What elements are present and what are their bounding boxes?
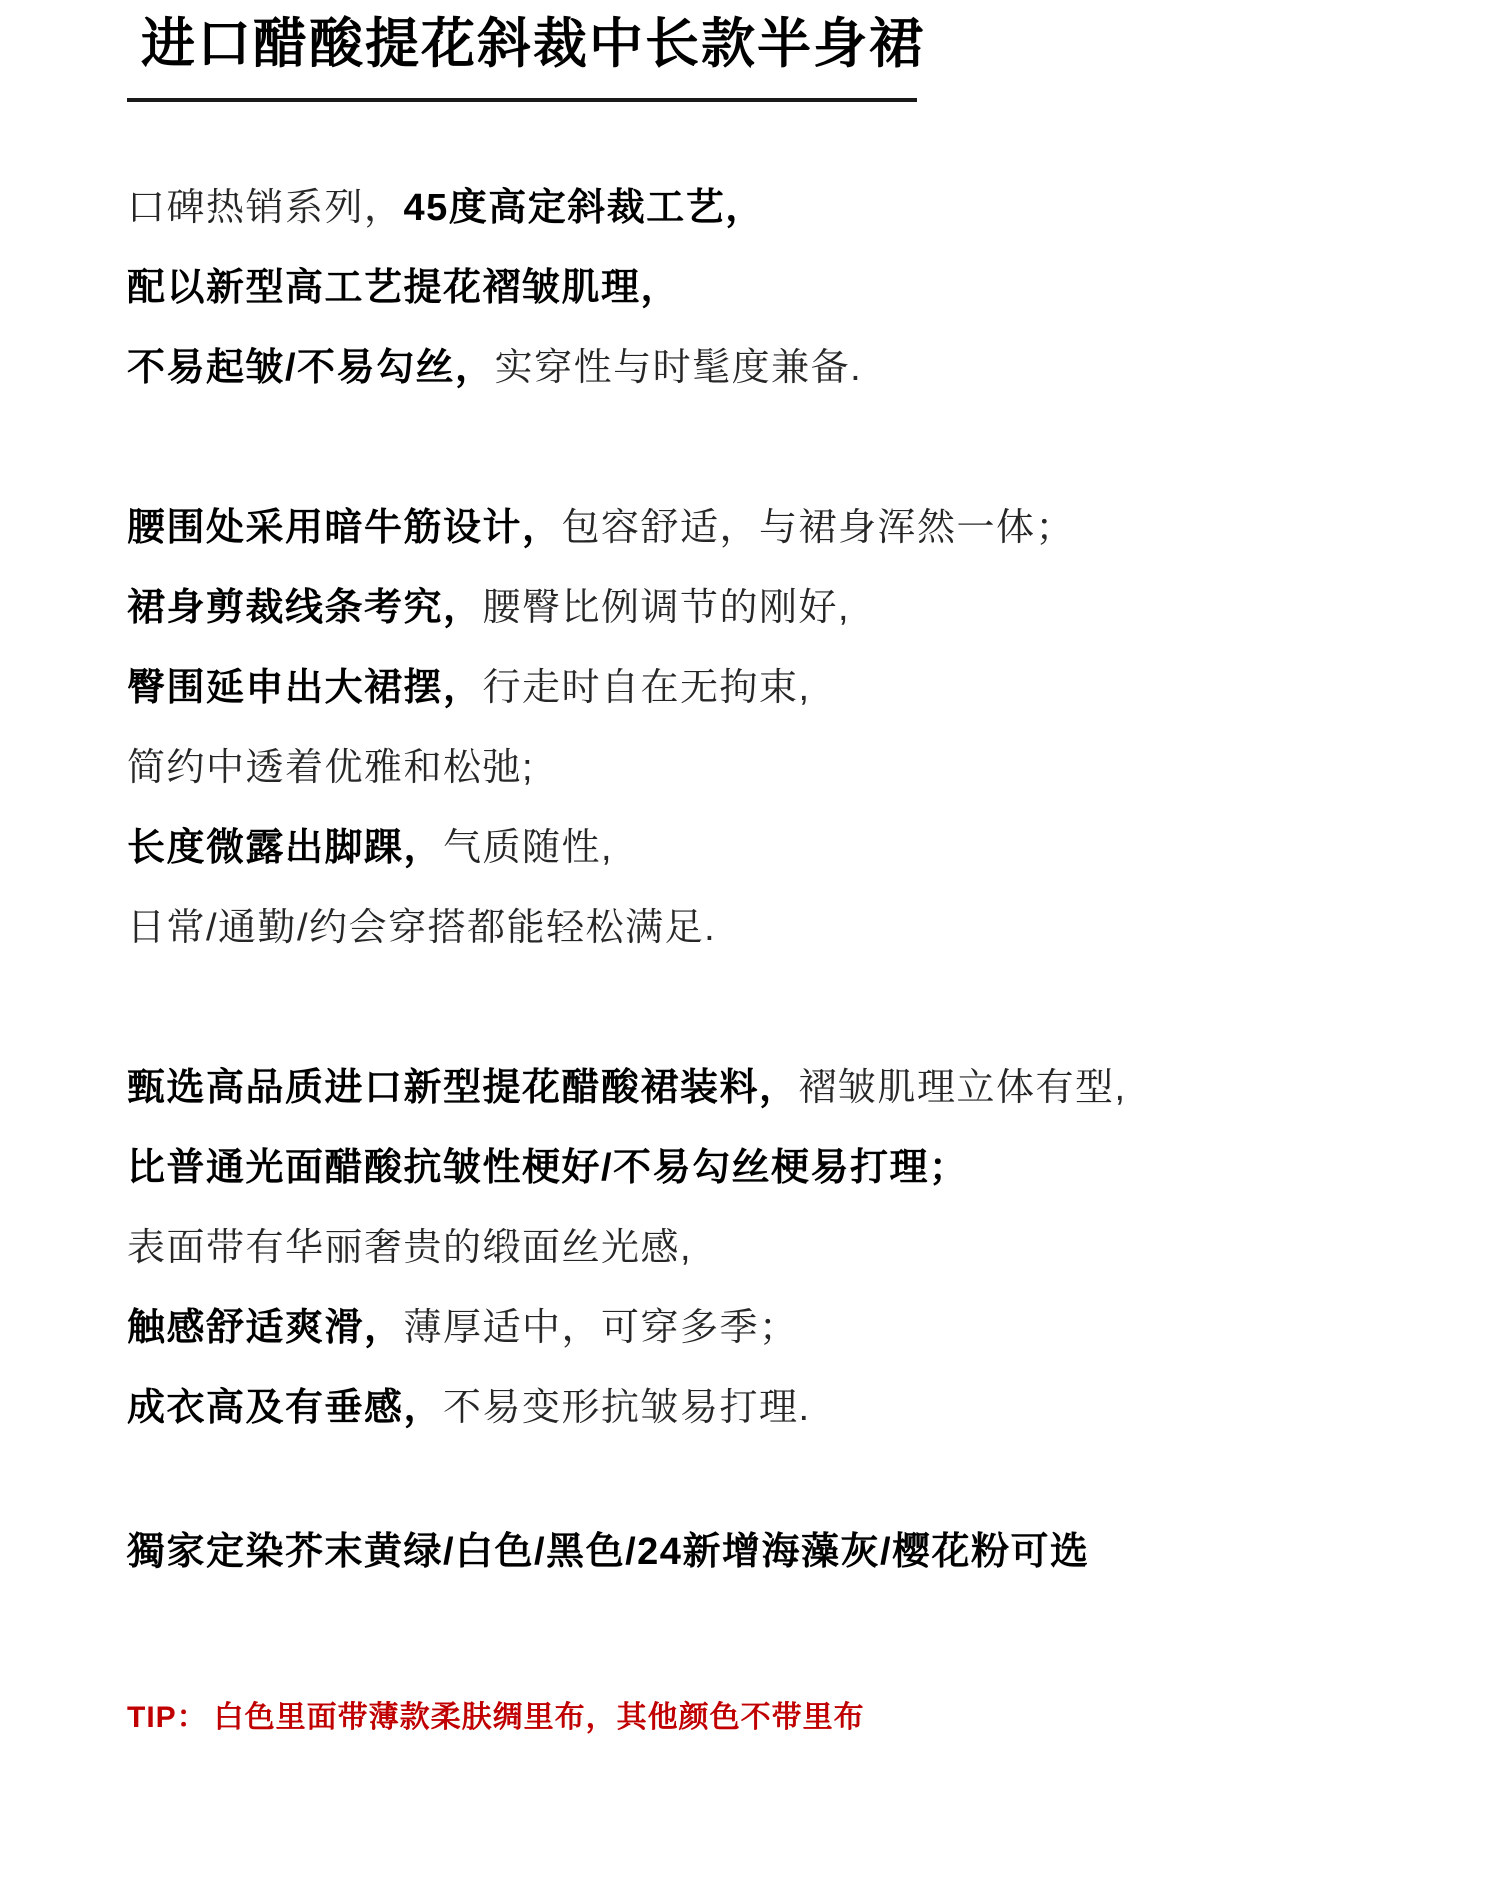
text-line: 臀围延申出大裙摆，行走时自在无拘束, [127,648,1500,728]
text-line: 甄选高品质进口新型提花醋酸裙装料，褶皱肌理立体有型, [127,1048,1500,1128]
text-segment-regular: 气质随性, [443,827,613,869]
title-underline [127,98,917,102]
text-line: 比普通光面醋酸抗皱性梗好/不易勾丝梗易打理； [127,1128,1500,1208]
description-paragraphs: 口碑热销系列，45度高定斜裁工艺，配以新型高工艺提花褶皱肌理，不易起皱/不易勾丝… [127,168,1500,1592]
text-segment-bold: 长度微露出脚踝， [127,827,443,869]
paragraph-1: 口碑热销系列，45度高定斜裁工艺，配以新型高工艺提花褶皱肌理，不易起皱/不易勾丝… [127,168,1500,408]
text-segment-regular: 行走时自在无拘束, [483,667,811,709]
text-segment-regular: 实穿性与时髦度兼备. [495,347,863,389]
text-segment-bold: 配以新型高工艺提花褶皱肌理， [127,267,680,309]
text-line: 口碑热销系列，45度高定斜裁工艺， [127,168,1500,248]
product-description-page: 进口醋酸提花斜裁中长款半身裙 口碑热销系列，45度高定斜裁工艺，配以新型高工艺提… [0,0,1500,1877]
text-segment-regular: 表面带有华丽奢贵的缎面丝光感, [127,1227,692,1269]
text-line: 裙身剪裁线条考究，腰臀比例调节的刚好, [127,568,1500,648]
text-segment-bold: 臀围延申出大裙摆， [127,667,483,709]
text-line: 表面带有华丽奢贵的缎面丝光感, [127,1208,1500,1288]
page-title: 进口醋酸提花斜裁中长款半身裙 [141,12,1500,76]
text-line: 长度微露出脚踝，气质随性, [127,808,1500,888]
tip-label: TIP： [127,1701,208,1734]
text-segment-bold: 比普通光面醋酸抗皱性梗好/不易勾丝梗易打理； [127,1147,969,1189]
paragraph-2: 腰围处采用暗牛筋设计，包容舒适，与裙身浑然一体；裙身剪裁线条考究，腰臀比例调节的… [127,488,1500,968]
text-segment-regular: 腰臀比例调节的刚好, [483,587,851,629]
tip-note: TIP：白色里面带薄款柔肤绸里布，其他颜色不带里布 [127,1696,1500,1740]
text-line: 獨家定染芥末黄绿/白色/黑色/24新增海藻灰/樱花粉可选 [127,1512,1500,1592]
text-line: 简约中透着优雅和松弛; [127,728,1500,808]
text-segment-bold: 甄选高品质进口新型提花醋酸裙装料， [127,1067,799,1109]
paragraph-3: 甄选高品质进口新型提花醋酸裙装料，褶皱肌理立体有型,比普通光面醋酸抗皱性梗好/不… [127,1048,1500,1448]
text-segment-bold: 腰围处采用暗牛筋设计， [127,507,562,549]
text-segment-regular: 口碑热销系列， [127,187,404,229]
text-line: 日常/通勤/约会穿搭都能轻松满足. [127,888,1500,968]
text-segment-bold: 触感舒适爽滑， [127,1307,404,1349]
text-line: 触感舒适爽滑，薄厚适中，可穿多季； [127,1288,1500,1368]
text-segment-regular: 不易变形抗皱易打理. [443,1387,811,1429]
text-segment-regular: 简约中透着优雅和松弛; [127,747,534,789]
paragraph-4: 獨家定染芥末黄绿/白色/黑色/24新增海藻灰/樱花粉可选 [127,1512,1500,1592]
tip-text: 白色里面带薄款柔肤绸里布，其他颜色不带里布 [214,1701,865,1734]
text-line: 腰围处采用暗牛筋设计，包容舒适，与裙身浑然一体； [127,488,1500,568]
text-line: 不易起皱/不易勾丝，实穿性与时髦度兼备. [127,328,1500,408]
text-segment-bold: 45度高定斜裁工艺， [404,187,765,229]
text-segment-bold: 不易起皱/不易勾丝， [127,347,495,389]
text-segment-regular: 包容舒适，与裙身浑然一体； [562,507,1076,549]
text-line: 成衣高及有垂感，不易变形抗皱易打理. [127,1368,1500,1448]
text-line: 配以新型高工艺提花褶皱肌理， [127,248,1500,328]
text-segment-bold: 成衣高及有垂感， [127,1387,443,1429]
text-segment-bold: 裙身剪裁线条考究， [127,587,483,629]
text-segment-regular: 褶皱肌理立体有型, [799,1067,1127,1109]
text-segment-regular: 日常/通勤/约会穿搭都能轻松满足. [127,907,716,949]
text-segment-bold: 獨家定染芥末黄绿/白色/黑色/24新增海藻灰/樱花粉可选 [127,1531,1090,1573]
text-segment-regular: 薄厚适中，可穿多季； [404,1307,799,1349]
